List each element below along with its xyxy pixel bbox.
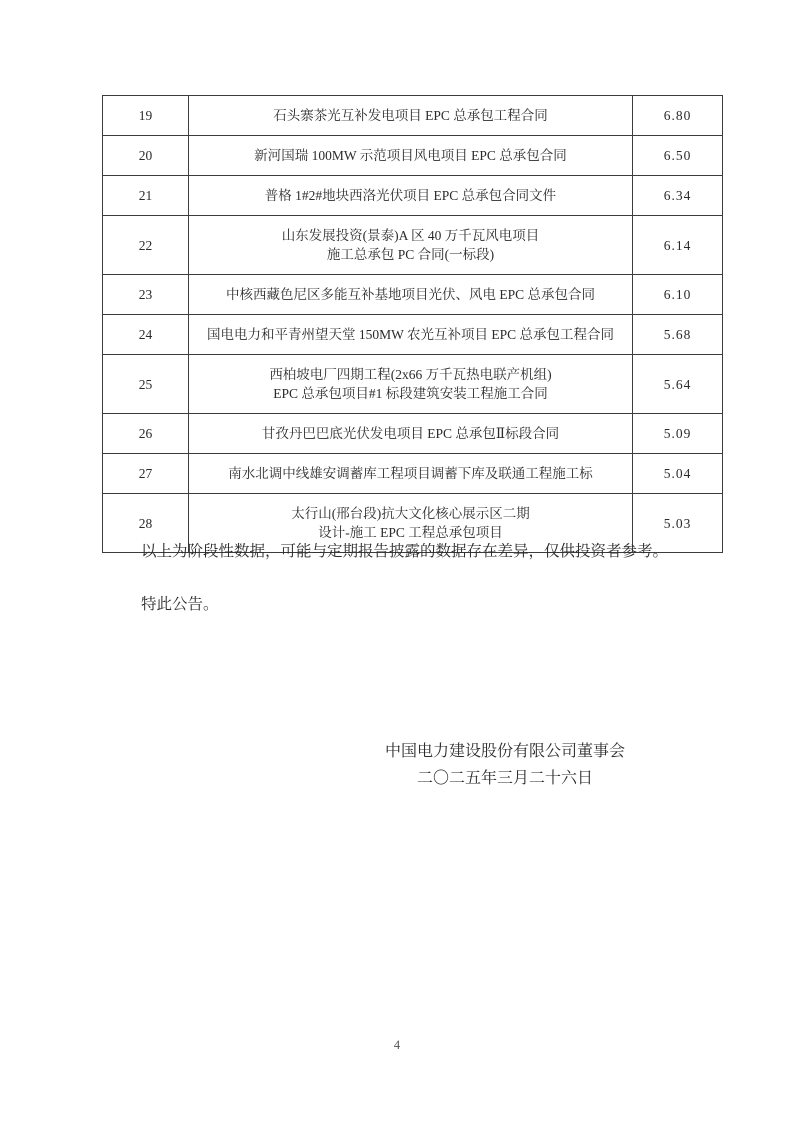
contract-name-cell: 甘孜丹巴巴底光伏发电项目 EPC 总承包Ⅱ标段合同 xyxy=(189,414,633,454)
row-number-cell: 21 xyxy=(103,176,189,216)
contract-amount-cell: 6.14 xyxy=(633,216,723,275)
signature-company: 中国电力建设股份有限公司董事会 xyxy=(319,738,691,765)
table-row: 19石头寨茶光互补发电项目 EPC 总承包工程合同6.80 xyxy=(103,96,723,136)
row-number-cell: 20 xyxy=(103,136,189,176)
contract-amount-cell: 5.64 xyxy=(633,355,723,414)
contracts-table-body: 19石头寨茶光互补发电项目 EPC 总承包工程合同6.8020新河国瑞 100M… xyxy=(103,96,723,553)
contract-amount-cell: 6.10 xyxy=(633,275,723,315)
table-row: 27南水北调中线雄安调蓄库工程项目调蓄下库及联通工程施工标5.04 xyxy=(103,454,723,494)
contract-name-cell: 西柏坡电厂四期工程(2x66 万千瓦热电联产机组) EPC 总承包项目#1 标段… xyxy=(189,355,633,414)
table-row: 24国电电力和平青州望天堂 150MW 农光互补项目 EPC 总承包工程合同5.… xyxy=(103,315,723,355)
page-number: 4 xyxy=(0,1038,794,1053)
row-number-cell: 23 xyxy=(103,275,189,315)
row-number-cell: 19 xyxy=(103,96,189,136)
contract-name-cell: 山东发展投资(景泰)A 区 40 万千瓦风电项目 施工总承包 PC 合同(一标段… xyxy=(189,216,633,275)
note-paragraph: 以上为阶段性数据，可能与定期报告披露的数据存在差异，仅供投资者参考。 xyxy=(110,540,700,563)
table-row: 25西柏坡电厂四期工程(2x66 万千瓦热电联产机组) EPC 总承包项目#1 … xyxy=(103,355,723,414)
closing-paragraph: 特此公告。 xyxy=(110,592,219,614)
row-number-cell: 27 xyxy=(103,454,189,494)
table-row: 26甘孜丹巴巴底光伏发电项目 EPC 总承包Ⅱ标段合同5.09 xyxy=(103,414,723,454)
document-page: 19石头寨茶光互补发电项目 EPC 总承包工程合同6.8020新河国瑞 100M… xyxy=(0,0,794,1123)
contract-amount-cell: 5.68 xyxy=(633,315,723,355)
row-number-cell: 25 xyxy=(103,355,189,414)
contract-name-cell: 中核西藏色尼区多能互补基地项目光伏、风电 EPC 总承包合同 xyxy=(189,275,633,315)
row-number-cell: 26 xyxy=(103,414,189,454)
signature-date: 二〇二五年三月二十六日 xyxy=(319,765,691,792)
contracts-table: 19石头寨茶光互补发电项目 EPC 总承包工程合同6.8020新河国瑞 100M… xyxy=(102,95,723,553)
table-row: 23中核西藏色尼区多能互补基地项目光伏、风电 EPC 总承包合同6.10 xyxy=(103,275,723,315)
contract-name-cell: 普格 1#2#地块西洛光伏项目 EPC 总承包合同文件 xyxy=(189,176,633,216)
contract-amount-cell: 6.50 xyxy=(633,136,723,176)
contract-name-cell: 石头寨茶光互补发电项目 EPC 总承包工程合同 xyxy=(189,96,633,136)
contract-name-cell: 新河国瑞 100MW 示范项目风电项目 EPC 总承包合同 xyxy=(189,136,633,176)
contract-amount-cell: 6.80 xyxy=(633,96,723,136)
row-number-cell: 24 xyxy=(103,315,189,355)
contract-amount-cell: 6.34 xyxy=(633,176,723,216)
contract-amount-cell: 5.04 xyxy=(633,454,723,494)
table-row: 20新河国瑞 100MW 示范项目风电项目 EPC 总承包合同6.50 xyxy=(103,136,723,176)
contract-amount-cell: 5.09 xyxy=(633,414,723,454)
contract-name-cell: 南水北调中线雄安调蓄库工程项目调蓄下库及联通工程施工标 xyxy=(189,454,633,494)
signature-block: 中国电力建设股份有限公司董事会 二〇二五年三月二十六日 xyxy=(319,738,691,792)
table-row: 21普格 1#2#地块西洛光伏项目 EPC 总承包合同文件6.34 xyxy=(103,176,723,216)
row-number-cell: 22 xyxy=(103,216,189,275)
contract-name-cell: 国电电力和平青州望天堂 150MW 农光互补项目 EPC 总承包工程合同 xyxy=(189,315,633,355)
table-row: 22山东发展投资(景泰)A 区 40 万千瓦风电项目 施工总承包 PC 合同(一… xyxy=(103,216,723,275)
